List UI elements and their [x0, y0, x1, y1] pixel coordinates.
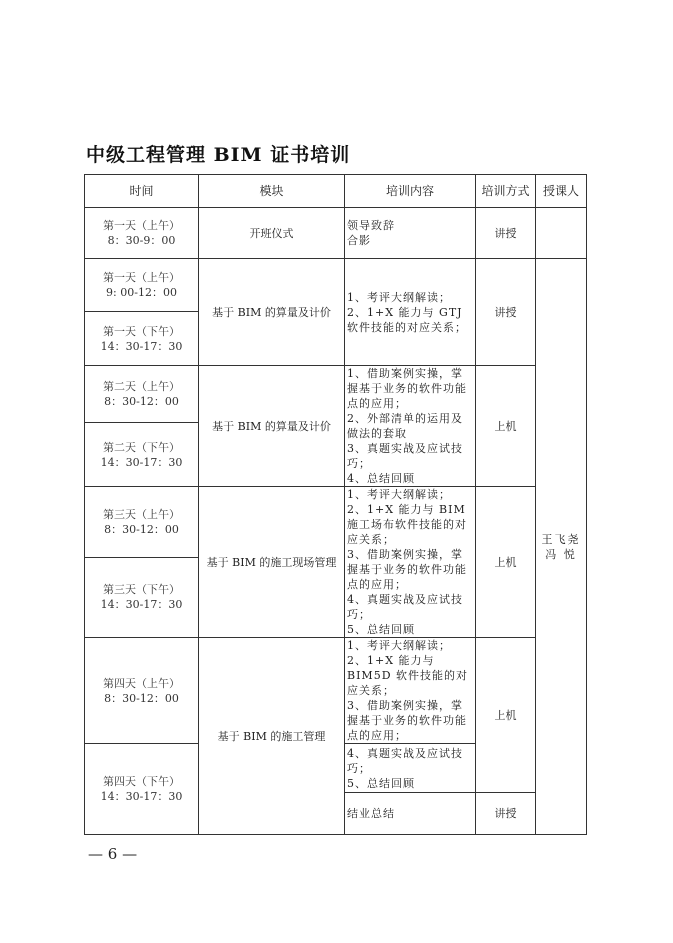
module-cell: 基于 BIM 的施工管理	[199, 638, 345, 835]
time-cell: 第二天（下午） 14：30-17：30	[85, 423, 199, 487]
content-cell: 1、借助案例实操，掌握基于业务的软件功能点的应用； 2、外部清单的运用及做法的套…	[345, 366, 476, 487]
table-row: 第三天（上午） 8：30-12：00 基于 BIM 的施工现场管理 1、考评大纲…	[85, 487, 587, 558]
method-cell: 讲授	[476, 793, 536, 835]
method-cell: 讲授	[476, 208, 536, 259]
module-cell: 基于 BIM 的施工现场管理	[199, 487, 345, 638]
method-cell: 上机	[476, 366, 536, 487]
header-time: 时间	[85, 175, 199, 208]
header-instructor: 授课人	[536, 175, 587, 208]
header-method: 培训方式	[476, 175, 536, 208]
time-cell: 第一天（下午） 14：30-17：30	[85, 312, 199, 366]
time-cell: 第三天（下午） 14：30-17：30	[85, 557, 199, 637]
table-row: 第四天（上午） 8：30-12：00 基于 BIM 的施工管理 1、考评大纲解读…	[85, 638, 587, 744]
instructor-cell-empty	[536, 208, 587, 259]
method-cell: 上机	[476, 487, 536, 638]
page-title: 中级工程管理 BIM 证书培训	[86, 140, 350, 167]
instructor-cell: 王飞尧 冯 悦	[536, 259, 587, 835]
table-header-row: 时间 模块 培训内容 培训方式 授课人	[85, 175, 587, 208]
content-cell: 领导致辞 合影	[345, 208, 476, 259]
time-cell: 第一天（上午） 8：30-9：00	[85, 208, 199, 259]
training-schedule-table: 时间 模块 培训内容 培训方式 授课人 第一天（上午） 8：30-9：00 开班…	[84, 174, 587, 835]
module-cell: 开班仪式	[199, 208, 345, 259]
time-cell: 第三天（上午） 8：30-12：00	[85, 487, 199, 558]
time-cell: 第一天（上午） 9: 00-12：00	[85, 259, 199, 312]
module-cell: 基于 BIM 的算量及计价	[199, 259, 345, 366]
method-cell: 上机	[476, 638, 536, 793]
content-cell: 1、考评大纲解读； 2、1+X 能力与 BIM5D 软件技能的对应关系； 3、借…	[345, 638, 476, 744]
content-cell: 结业总结	[345, 793, 476, 835]
header-content: 培训内容	[345, 175, 476, 208]
time-cell: 第四天（上午） 8：30-12：00	[85, 638, 199, 744]
table-row: 第一天（上午） 9: 00-12：00 基于 BIM 的算量及计价 1、考评大纲…	[85, 259, 587, 312]
table-row: 第二天（上午） 8：30-12：00 基于 BIM 的算量及计价 1、借助案例实…	[85, 366, 587, 423]
content-cell: 1、考评大纲解读； 2、1+X 能力与 BIM 施工场布软件技能的对应关系； 3…	[345, 487, 476, 638]
header-module: 模块	[199, 175, 345, 208]
table-row: 第一天（上午） 8：30-9：00 开班仪式 领导致辞 合影 讲授	[85, 208, 587, 259]
module-cell: 基于 BIM 的算量及计价	[199, 366, 345, 487]
content-cell: 1、考评大纲解读； 2、1+X 能力与 GTJ 软件技能的对应关系；	[345, 259, 476, 366]
content-cell: 4、真题实战及应试技巧； 5、总结回顾	[345, 744, 476, 793]
time-cell: 第四天（下午） 14：30-17：30	[85, 744, 199, 835]
page-number: — 6 —	[88, 845, 137, 863]
time-cell: 第二天（上午） 8：30-12：00	[85, 366, 199, 423]
method-cell: 讲授	[476, 259, 536, 366]
